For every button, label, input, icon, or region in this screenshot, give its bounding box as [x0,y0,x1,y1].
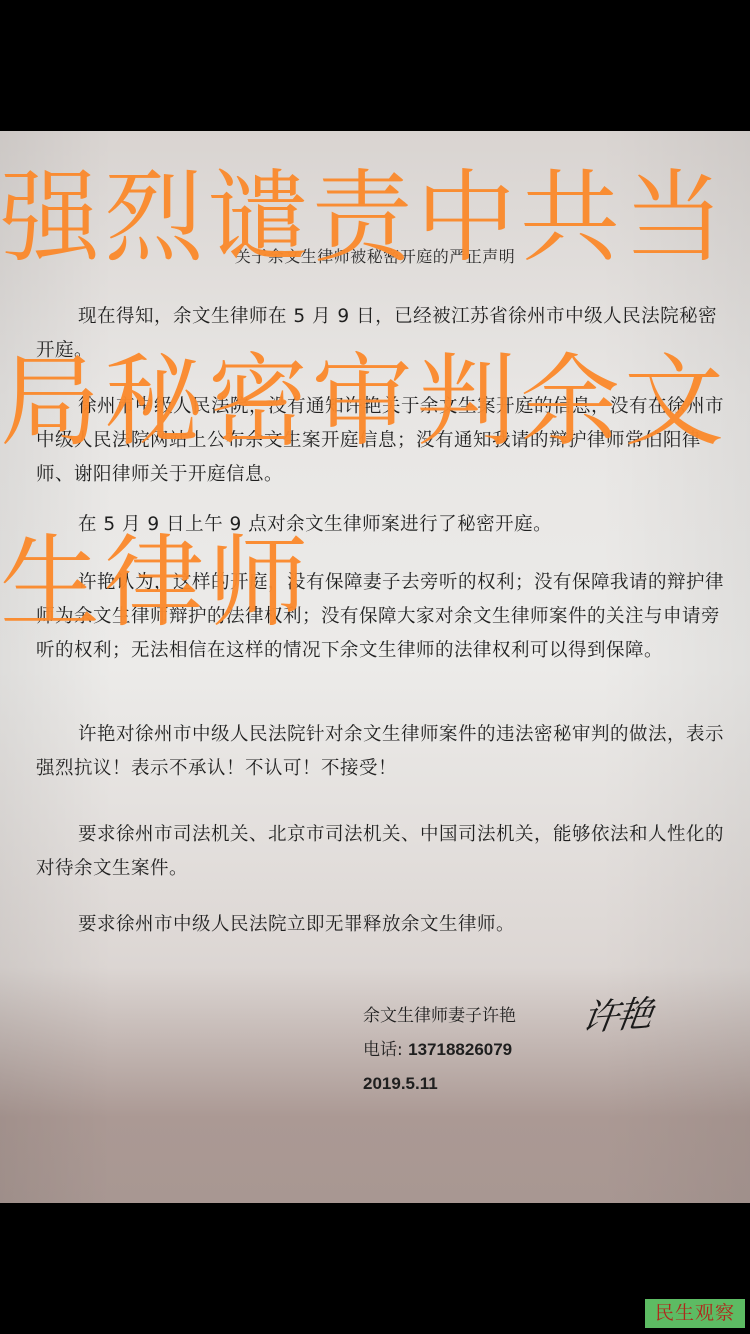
phone-label: 电话: [363,1040,408,1060]
overlay-headline-line-2: 局秘密审判余文 [0,352,728,452]
signature-block: 余文生律师妻子许艳 电话: 13718826079 2019.5.11 [363,1000,516,1100]
handwritten-signature: 许艳 [579,986,655,1042]
signer-name: 余文生律师妻子许艳 [363,1000,516,1033]
phone-number: 13718826079 [408,1040,512,1059]
paragraph-7: 要求徐州市中级人民法院立即无罪释放余文生律师。 [36,908,736,942]
overlay-headline-line-3: 生律师 [0,533,312,633]
watermark-badge: 民生观察 [645,1299,745,1328]
phone-line: 电话: 13718826079 [363,1033,516,1067]
paragraph-5: 许艳对徐州市中级人民法院针对余文生律师案件的违法密秘审判的做法，表示强烈抗议！表… [36,718,736,786]
overlay-headline-line-1: 强烈谴责中共当 [0,168,728,268]
paragraph-6: 要求徐州市司法机关、北京市司法机关、中国司法机关，能够依法和人性化的对待余文生案… [36,818,736,886]
signed-date: 2019.5.11 [363,1067,516,1100]
